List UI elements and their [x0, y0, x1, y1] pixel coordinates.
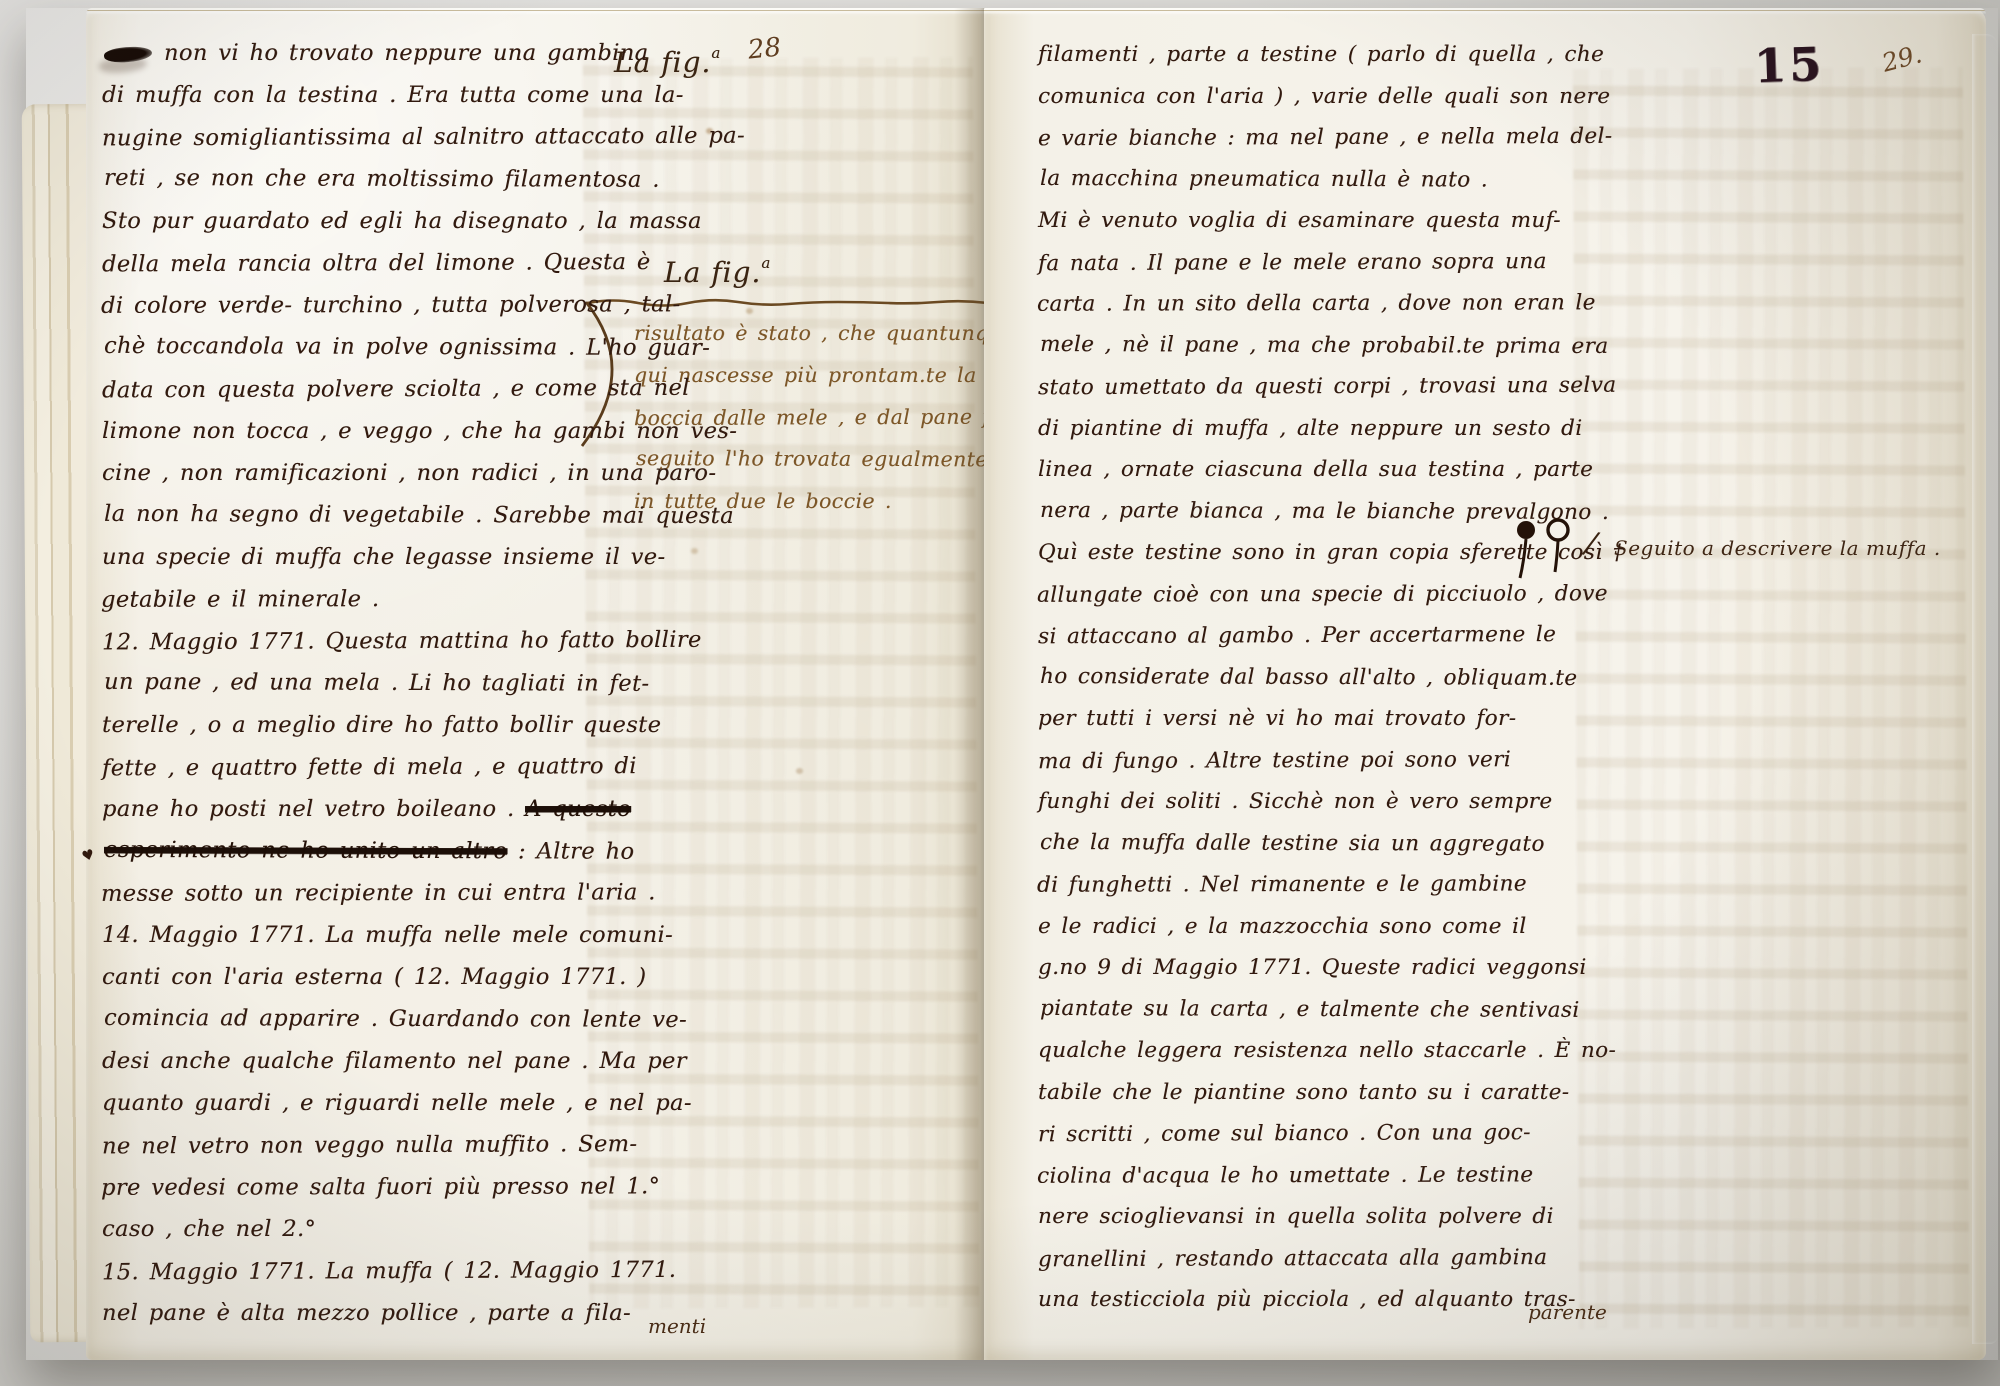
manuscript-line: tabile che le piantine sono tanto su i c…: [1038, 1072, 1624, 1114]
manuscript-line: chè toccandola va in polve ognissima . L…: [104, 325, 747, 369]
manuscript-line: limone non tocca , e veggo , che ha gamb…: [102, 410, 745, 452]
manuscript-line: g.no 9 di Maggio 1771. Queste radici veg…: [1038, 947, 1624, 989]
manuscript-line: una specie di muffa che legasse insieme …: [102, 536, 745, 578]
manuscript-line: getabile e il minerale .: [101, 577, 744, 621]
manuscript-line: terelle , o a meglio dire ho fatto bolli…: [102, 704, 745, 746]
manuscript-line: ne nel vetro non veggo nulla muffito . S…: [102, 1123, 745, 1168]
manuscript-line: ciolina d'acqua le ho umettate . Le test…: [1037, 1154, 1623, 1197]
ink-blot: [103, 44, 152, 63]
manuscript-line: allungate cioè con una specie di picciuo…: [1037, 573, 1623, 616]
manuscript-line: piantate su la carta , e talmente che se…: [1040, 987, 1626, 1031]
manuscript-line: funghi dei soliti . Sicchè non è vero se…: [1038, 781, 1624, 823]
manuscript-line: messe sotto un recipiente in cui entra l…: [101, 871, 744, 915]
showthrough-right: [1573, 67, 1970, 1329]
manuscript-line: mele , nè il pane , ma che probabil.te p…: [1040, 323, 1626, 367]
manuscript-line: desi anche qualche filamento nel pane . …: [102, 1040, 745, 1082]
manuscript-line: ma di fungo . Altre testine poi sono ver…: [1038, 738, 1624, 782]
manuscript-line: linea , ornate ciascuna della sua testin…: [1038, 449, 1624, 491]
manuscript-line: comincia ad apparire . Guardando con len…: [104, 997, 747, 1041]
manuscript-line: di piantine di muffa , alte neppure un s…: [1038, 408, 1624, 450]
manuscript-line: Mi è venuto voglia di esaminare questa m…: [1038, 200, 1624, 242]
manuscript-line: filamenti , parte a testine ( parlo di q…: [1038, 34, 1624, 76]
manuscript-line: qualche leggera resistenza nello staccar…: [1038, 1030, 1624, 1072]
manuscript-line: di colore verde- turchino , tutta polver…: [101, 283, 744, 327]
figure-caption-sup: a: [761, 254, 771, 272]
manuscript-line: un pane , ed una mela . Li ho tagliati i…: [104, 661, 747, 705]
manuscript-line: reti , se non che era moltissimo filamen…: [104, 157, 747, 201]
stamp-number: 15: [1753, 37, 1825, 93]
manuscript-line: cine , non ramificazioni , non radici , …: [102, 452, 745, 494]
manuscript-line: 12. Maggio 1771. Questa mattina ho fatto…: [102, 619, 745, 664]
manuscript-line: Sto pur guardato ed egli ha disegnato , …: [102, 200, 745, 242]
page-number-left: 28: [747, 32, 783, 65]
manuscript-line: comunica con l'aria ) , varie delle qual…: [1038, 76, 1624, 118]
manuscript-line: stato umettato da questi corpi , trovasi…: [1038, 365, 1624, 409]
manuscript-line: si attaccano al gambo . Per accertarmene…: [1038, 614, 1624, 658]
right-main-column: filamenti , parte a testine ( parlo di q…: [1038, 34, 1624, 1321]
right-page: 15 29. / Seguito a descrivere la muffa .…: [984, 8, 1986, 1360]
catchword-right: parente: [1528, 1300, 1607, 1324]
left-main-column: non vi ho trovato neppure una gambinadi …: [102, 32, 745, 1334]
manuscript-line: ri scritti , come sul bianco . Con una g…: [1038, 1112, 1624, 1156]
manuscript-line: della mela rancia oltra del limone . Que…: [102, 241, 745, 286]
manuscript-line: 15. Maggio 1771. La muffa ( 12. Maggio 1…: [102, 1249, 745, 1294]
page-number-right: 29.: [1879, 39, 1925, 77]
left-page: 28 La fig.a La fig.a risultato è stato ,…: [86, 8, 984, 1360]
manuscript-line: di funghetti . Nel rimanente e le gambin…: [1037, 863, 1623, 906]
catchword-left: menti: [648, 1314, 706, 1338]
manuscript-line: pre vedesi come salta fuori più presso n…: [101, 1165, 744, 1209]
manuscript-line: fa nata . Il pane e le mele erano sopra …: [1038, 240, 1624, 284]
manuscript-line: la non ha segno di vegetabile . Sarebbe …: [104, 493, 747, 537]
manuscript-line: quanto guardi , e riguardi nelle mele , …: [102, 1082, 745, 1124]
struck-text: esperimento ne ho unito un altro: [104, 837, 507, 864]
manuscript-line: caso , che nel 2.°: [102, 1208, 745, 1250]
struck-text: A questo: [525, 796, 631, 822]
manuscript-line: di muffa con la testina . Era tutta come…: [102, 74, 745, 116]
manuscript-line: la macchina pneumatica nulla è nato .: [1040, 157, 1626, 201]
manuscript-line: carta . In un sito della carta , dove no…: [1037, 282, 1623, 325]
manuscript-line: fette , e quattro fette di mela , e quat…: [102, 745, 745, 790]
manuscript-line: che la muffa dalle testine sia un aggreg…: [1040, 821, 1626, 865]
manuscript-line: ho considerate dal basso all'alto , obli…: [1040, 655, 1626, 699]
manuscript-line: granellini , restando attaccata alla gam…: [1038, 1236, 1624, 1280]
manuscript-line: per tutti i versi nè vi ho mai trovato f…: [1038, 698, 1624, 740]
manuscript-line: canti con l'aria esterna ( 12. Maggio 17…: [102, 956, 745, 998]
open-book: 28 La fig.a La fig.a risultato è stato ,…: [26, 8, 1998, 1360]
manuscript-line: pane ho posti nel vetro boileano . A que…: [102, 788, 745, 830]
manuscript-line: nugine somigliantissima al salnitro atta…: [102, 115, 745, 160]
manuscript-line: 14. Maggio 1771. La muffa nelle mele com…: [102, 914, 745, 956]
manuscript-line: Quì este testine sono in gran copia sfer…: [1038, 532, 1624, 574]
next-leaf-edge: [1972, 34, 1998, 1344]
manuscript-line: data con questa polvere sciolta , e come…: [102, 367, 745, 412]
margin-note: Seguito a descrivere la muffa .: [1614, 536, 1941, 560]
manuscript-line: esperimento ne ho unito un altro : Altre…: [104, 829, 747, 873]
manuscript-line: nera , parte bianca , ma le bianche prev…: [1040, 489, 1626, 533]
manuscript-line: non vi ho trovato neppure una gambina: [102, 32, 745, 74]
manuscript-line: e le radici , e la mazzocchia sono come …: [1038, 906, 1624, 948]
manuscript-line: nere scioglievansi in quella solita polv…: [1038, 1196, 1624, 1238]
manuscript-line: e varie bianche : ma nel pane , e nella …: [1038, 116, 1624, 160]
manuscript-photograph: 28 La fig.a La fig.a risultato è stato ,…: [0, 0, 2000, 1386]
